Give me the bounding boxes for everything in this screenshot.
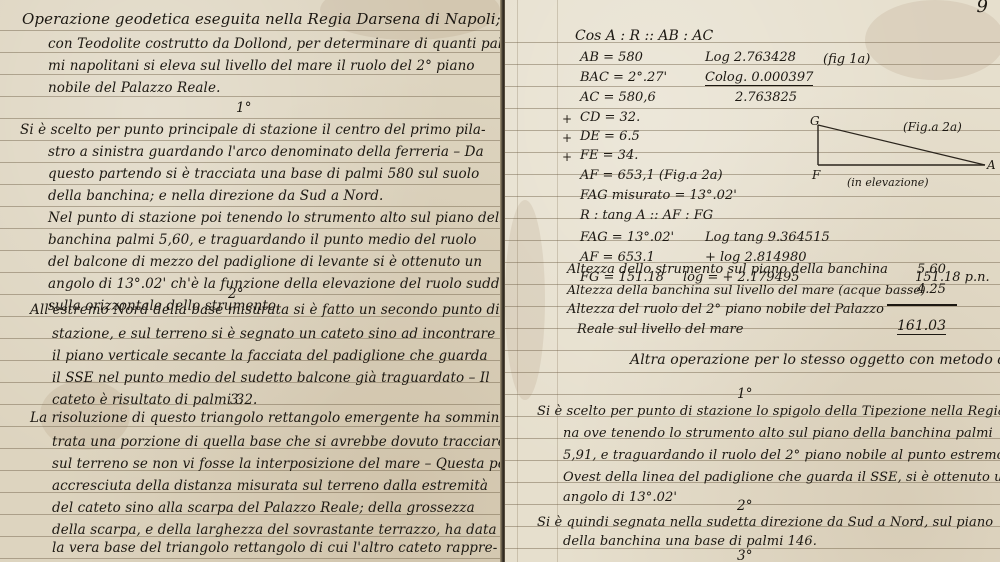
text-line: La risoluzione di questo triangolo retta… xyxy=(30,410,503,426)
text-line: il piano verticale secante la facciata d… xyxy=(52,348,488,364)
title-line: Operazione geodetica eseguita nella Regi… xyxy=(22,10,501,28)
calc-log: Log tang 9.364515 xyxy=(705,230,830,245)
text-line: trata una porzione di quella base che si… xyxy=(52,434,503,450)
calc-left: FAG misurato = 13°.02' xyxy=(580,188,737,203)
text-line: Si è quindi segnata nella sudetta direzi… xyxy=(537,515,993,530)
calc-left: BAC = 2°.27' xyxy=(580,70,667,85)
section-heading: 2° xyxy=(228,286,244,302)
text-line: questo partendo si è tracciata una base … xyxy=(48,166,479,182)
calc-log: Log 2.763428 xyxy=(705,50,796,65)
right-page: 9 Cos A : R :: AB : AC AB = 580 Log 2.76… xyxy=(505,0,1000,562)
fig-1-label: (fig 1a) xyxy=(823,52,870,67)
height-label: Reale sul livello del mare xyxy=(577,322,743,337)
calc-left: FAG = 13°.02' xyxy=(580,230,674,245)
calc-formula: R : tang A :: AF : FG xyxy=(580,208,713,223)
plus-sign: + xyxy=(562,150,572,164)
plus-sign: + xyxy=(562,112,572,126)
calc-left: DE = 6.5 xyxy=(580,129,640,144)
text-line: Nel punto di stazione poi tenendo lo str… xyxy=(48,210,503,226)
fig-2-caption: (in elevazione) xyxy=(847,176,929,189)
height-label: Altezza del ruolo del 2° piano nobile de… xyxy=(567,302,884,317)
right-triangle-figure xyxy=(805,115,995,175)
plus-sign: + xyxy=(562,131,572,145)
calc-formula: Cos A : R :: AB : AC xyxy=(575,28,713,44)
text-line: na ove tenendo lo strumento alto sul pia… xyxy=(563,426,993,441)
section-heading: 3. xyxy=(230,392,243,408)
title-line: mi napolitani si eleva sul livello del m… xyxy=(48,58,475,74)
vertex-f: F xyxy=(812,168,820,182)
text-line: 5,91, e traguardando il ruolo del 2° pia… xyxy=(563,448,1000,463)
section-heading: 2° xyxy=(737,498,753,514)
height-label: Altezza dello strumento sul piano della … xyxy=(567,262,888,277)
text-line: cateto è risultato di palmi 32. xyxy=(52,392,257,408)
calc-left: FE = 34. xyxy=(580,148,638,163)
text-line: sul terreno se non vi fosse la interposi… xyxy=(52,456,503,472)
text-line: la vera base del triangolo rettangolo di… xyxy=(52,540,497,556)
second-method-title: Altra operazione per lo stesso oggetto c… xyxy=(630,352,1000,368)
fig-2-label: (Fig.a 2a) xyxy=(903,120,962,134)
calc-result: 2.763825 xyxy=(735,90,797,105)
text-line: banchina palmi 5,60, e traguardando il p… xyxy=(48,232,476,248)
title-line: con Teodolite costrutto da Dollond, per … xyxy=(48,36,503,52)
calc-left: AB = 580 xyxy=(580,50,643,65)
section-heading: 3° xyxy=(737,548,753,562)
text-line: Ovest della linea del padiglione che gua… xyxy=(563,470,1000,485)
text-line: il SSE nel punto medio del sudetto balco… xyxy=(52,370,490,386)
section-heading: 1° xyxy=(236,100,252,116)
left-page: Operazione geodetica eseguita nella Regi… xyxy=(0,0,503,562)
text-line: accresciuta della distanza misurata sul … xyxy=(52,478,488,494)
calc-left: AF = 653,1 (Fig.a 2a) xyxy=(580,168,723,183)
text-line: della scarpa, e della larghezza del sovr… xyxy=(52,522,497,538)
page-number: 9 xyxy=(977,0,988,17)
text-line: del balcone di mezzo del padiglione di l… xyxy=(48,254,482,270)
text-line: stazione, e sul terreno si è segnato un … xyxy=(52,326,495,342)
section-heading: 1° xyxy=(737,386,753,402)
vertex-a: A xyxy=(987,158,996,172)
height-label: Altezza della banchina sul livello del m… xyxy=(567,282,926,297)
text-line: All'estremo Nord della base misurata si … xyxy=(30,302,500,318)
text-line: angolo di 13°.02' xyxy=(563,490,677,505)
calc-colog: Colog. 0.000397 xyxy=(705,70,813,86)
sum-rule xyxy=(887,304,957,306)
text-line: della banchina; e nella direzione da Sud… xyxy=(48,188,383,204)
vertex-g: G xyxy=(810,114,820,128)
calc-left: CD = 32. xyxy=(580,110,640,125)
calc-left: AC = 580,6 xyxy=(580,90,656,105)
title-line: nobile del Palazzo Reale. xyxy=(48,80,220,96)
text-line: Si è scelto per punto principale di staz… xyxy=(20,122,486,138)
text-line: angolo di 13°.02' ch'è la funzione della… xyxy=(48,276,503,292)
text-line: della banchina una base di palmi 146. xyxy=(563,534,817,549)
text-line: del cateto sino alla scarpa del Palazzo … xyxy=(52,500,475,516)
height-value: 4.25 xyxy=(917,282,946,297)
text-line: Si è scelto per punto di stazione lo spi… xyxy=(537,404,1000,419)
total-height-value: 161.03 xyxy=(897,318,946,335)
height-value: 5.60 xyxy=(917,262,946,277)
text-line: stro a sinistra guardando l'arco denomin… xyxy=(48,144,484,160)
